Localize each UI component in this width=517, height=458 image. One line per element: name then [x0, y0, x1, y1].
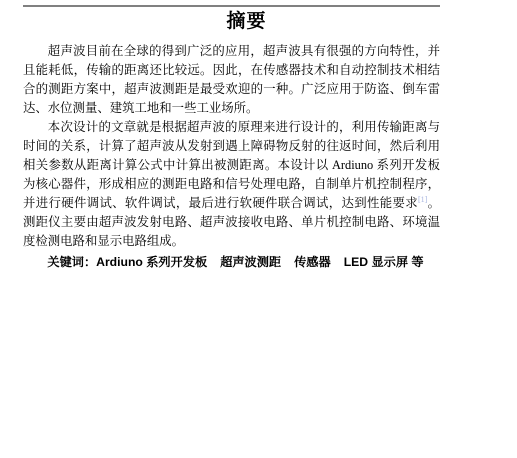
- abstract-body: 超声波目前在全球的得到广泛的应用，超声波具有很强的方向特性，并且能耗低，传输的距…: [23, 42, 440, 272]
- keyword-item: 超声波测距: [220, 255, 281, 269]
- keywords-line: 关键词：Ardiuno 系列开发板超声波测距传感器LED 显示屏 等: [23, 253, 440, 272]
- citation-reference: [1]: [418, 195, 427, 204]
- page-title: 摘要: [23, 6, 440, 33]
- abstract-paragraph-1: 超声波目前在全球的得到广泛的应用，超声波具有很强的方向特性，并且能耗低，传输的距…: [23, 42, 440, 118]
- keyword-item: LED 显示屏 等: [344, 255, 424, 269]
- keywords-label: 关键词：: [47, 255, 96, 269]
- document-page: 摘要 超声波目前在全球的得到广泛的应用，超声波具有很强的方向特性，并且能耗低，传…: [0, 0, 517, 458]
- abstract-paragraph-2: 本次设计的文章就是根据超声波的原理来进行设计的，利用传输距离与时间的关系，计算了…: [23, 118, 440, 251]
- paragraph-2-text: 本次设计的文章就是根据超声波的原理来进行设计的，利用传输距离与时间的关系，计算了…: [23, 120, 440, 210]
- keyword-item: Ardiuno 系列开发板: [96, 255, 207, 269]
- keyword-item: 传感器: [294, 255, 331, 269]
